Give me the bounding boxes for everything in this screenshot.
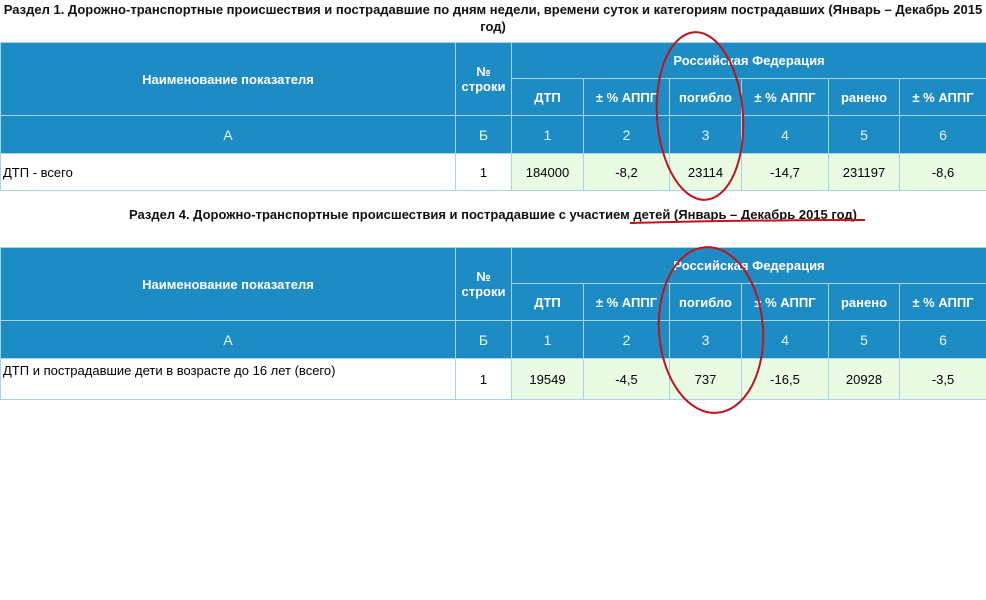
section-1-table: Наименование показателя № строки Российс…: [0, 42, 986, 191]
header-col-dtp: ДТП: [512, 284, 584, 321]
col-letter: 2: [584, 321, 670, 359]
cell-dtp: 184000: [512, 154, 584, 191]
section-1-title: Раздел 1. Дорожно-транспортные происшест…: [0, 1, 986, 35]
header-col-injured-change: ± % АППГ: [900, 79, 986, 116]
col-letter: Б: [456, 321, 512, 359]
header-indicator-name: Наименование показателя: [1, 248, 456, 321]
col-letter: 5: [829, 321, 900, 359]
cell-dtp-change: -4,5: [584, 359, 670, 400]
section-4-title: Раздел 4. Дорожно-транспортные происшест…: [0, 206, 986, 223]
cell-injured-change: -8,6: [900, 154, 986, 191]
header-row-number: № строки: [456, 43, 512, 116]
table-row: ДТП - всего 1 184000 -8,2 23114 -14,7 23…: [1, 154, 986, 191]
col-letter: А: [1, 116, 456, 154]
header-col-killed-change: ± % АППГ: [742, 79, 829, 116]
col-letter: 3: [670, 321, 742, 359]
header-col-dtp: ДТП: [512, 79, 584, 116]
header-col-injured: ранено: [829, 79, 900, 116]
section-4-table: Наименование показателя № строки Российс…: [0, 247, 986, 400]
col-letter: 4: [742, 116, 829, 154]
col-letter: 1: [512, 116, 584, 154]
cell-injured: 20928: [829, 359, 900, 400]
cell-dtp: 19549: [512, 359, 584, 400]
header-col-injured-change: ± % АППГ: [900, 284, 986, 321]
header-col-dtp-change: ± % АППГ: [584, 79, 670, 116]
header-row-number: № строки: [456, 248, 512, 321]
cell-killed-change: -14,7: [742, 154, 829, 191]
col-letter: 6: [900, 116, 986, 154]
col-letter: 3: [670, 116, 742, 154]
row-number: 1: [456, 154, 512, 191]
cell-injured-change: -3,5: [900, 359, 986, 400]
row-indicator-name: ДТП - всего: [1, 154, 456, 191]
header-indicator-name: Наименование показателя: [1, 43, 456, 116]
header-col-killed-change: ± % АППГ: [742, 284, 829, 321]
col-letter: 1: [512, 321, 584, 359]
table-row: ДТП и пострадавшие дети в возрасте до 16…: [1, 359, 986, 400]
cell-dtp-change: -8,2: [584, 154, 670, 191]
row-number: 1: [456, 359, 512, 400]
col-letter: 2: [584, 116, 670, 154]
col-letter: А: [1, 321, 456, 359]
header-col-injured: ранено: [829, 284, 900, 321]
header-col-killed: погибло: [670, 79, 742, 116]
cell-killed-change: -16,5: [742, 359, 829, 400]
cell-killed: 23114: [670, 154, 742, 191]
header-region-group: Российская Федерация: [512, 248, 986, 284]
col-letter: Б: [456, 116, 512, 154]
cell-injured: 231197: [829, 154, 900, 191]
col-letter: 6: [900, 321, 986, 359]
cell-killed: 737: [670, 359, 742, 400]
row-indicator-name: ДТП и пострадавшие дети в возрасте до 16…: [1, 359, 456, 400]
header-col-killed: погибло: [670, 284, 742, 321]
header-region-group: Российская Федерация: [512, 43, 986, 79]
header-col-dtp-change: ± % АППГ: [584, 284, 670, 321]
col-letter: 5: [829, 116, 900, 154]
col-letter: 4: [742, 321, 829, 359]
